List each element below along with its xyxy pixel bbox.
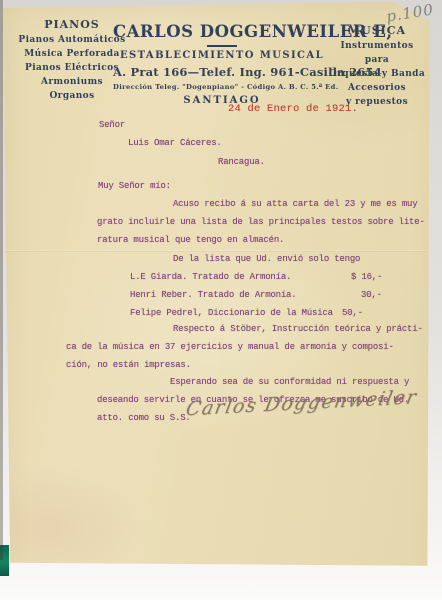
letterhead-right-item: Orquesta y Banda xyxy=(323,67,431,81)
company-subtitle: ESTABLECIMIENTO MUSICAL xyxy=(113,50,331,61)
body-line: De la lista que Ud. envió solo tengo xyxy=(173,254,360,264)
greeting-line: Muy Señor mío: xyxy=(98,181,171,191)
recipient-salutation: Señor xyxy=(99,120,125,130)
body-line: Respecto á Stöber, Instrucción teórica y… xyxy=(173,324,423,334)
letterhead-right-item: Instrumentos xyxy=(323,39,431,53)
body-line: ción, no están impresas. xyxy=(66,360,191,370)
letter-scan: p.100 PIANOS Pianos Automáticos Música P… xyxy=(0,0,442,600)
recipient-name: Luis Omar Cáceres. xyxy=(128,138,222,148)
body-line: grato incluirle una lista de las princip… xyxy=(97,217,425,227)
price-list-item: L.E Giarda. Tratado de Armonía. xyxy=(130,272,291,282)
body-line: ratura musical que tengo en almacén. xyxy=(97,235,284,245)
price-list-item: Henri Reber. Tratado de Armonía. xyxy=(130,290,296,300)
scan-artifact-left-edge xyxy=(0,0,3,560)
company-telegraph-line: Dirección Teleg. "Dogenpiano" - Código A… xyxy=(113,83,331,91)
body-line: Acuso recibo á su atta carta del 23 y me… xyxy=(173,199,417,209)
company-address: A. Prat 166—Telef. Ing. 961-Casilla 2654 xyxy=(113,65,331,79)
closing-line: Esperando sea de su conformidad ni respu… xyxy=(170,377,409,387)
letterhead-right-title: MUSICA xyxy=(323,24,431,37)
closing-line: atto. como su S.S. xyxy=(97,413,191,423)
company-name: CARLOS DOGGENWEILER E, xyxy=(113,22,331,41)
letterhead-right-item: para xyxy=(323,53,431,67)
price-list-price: $ 16,- xyxy=(351,272,382,282)
price-list-row: Henri Reber. Tratado de Armonía. 30,- xyxy=(130,290,390,300)
fold-crease-horizontal xyxy=(4,250,428,252)
letterhead-right-item: Accesorios xyxy=(323,81,431,95)
price-list-price: 30,- xyxy=(361,290,382,300)
date-stamp: 24 de Enero de 1921. xyxy=(228,103,358,115)
letterhead-rule xyxy=(207,45,237,47)
letterhead-center: CARLOS DOGGENWEILER E, ESTABLECIMIENTO M… xyxy=(113,22,331,106)
price-list-row: L.E Giarda. Tratado de Armonía. $ 16,- xyxy=(130,272,390,282)
letterhead-right-column: MUSICA Instrumentos para Orquesta y Band… xyxy=(323,24,431,109)
price-list-item: Felipe Pedrel, Diccionario de la Música xyxy=(130,308,333,318)
price-list-row: Felipe Pedrel, Diccionario de la Música … xyxy=(130,308,390,318)
body-line: ca de la música en 37 ejercicios y manua… xyxy=(66,342,394,352)
price-list-price: 50,- xyxy=(342,308,363,318)
recipient-city: Rancagua. xyxy=(218,157,265,167)
